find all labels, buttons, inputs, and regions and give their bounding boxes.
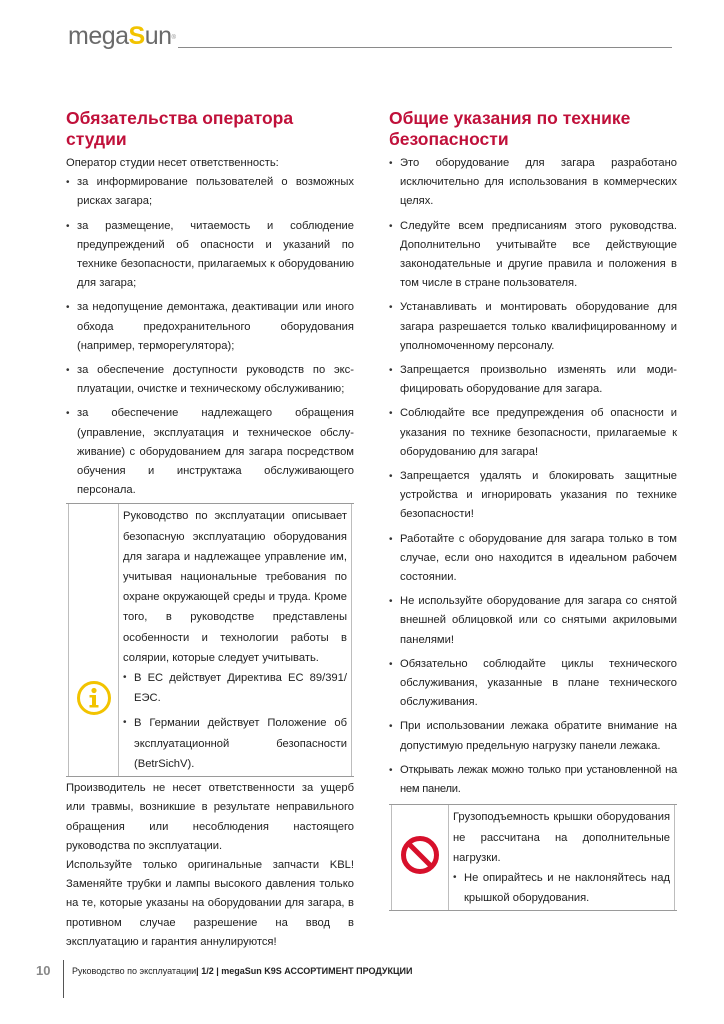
- list-item: Следуйте всем предписаниям этого руковод…: [389, 217, 677, 294]
- prohibition-icon: [400, 835, 440, 880]
- list-item: Открывать лежак можно только при установ…: [389, 761, 677, 799]
- list-item: Не опирайтесь и не наклоняйтесь над крыш…: [453, 868, 670, 908]
- info-notice-box: Руководство по эксплуатации описы­вает б…: [66, 503, 354, 777]
- prohibition-notice-paragraph: Грузоподъемность крышки оборудо­вания не…: [453, 807, 670, 868]
- list-item: При использовании лежака обратите вниман…: [389, 717, 677, 755]
- info-icon: [76, 680, 112, 721]
- footer-document-title: Руководство по эксплуатации| 1/2 | megaS…: [72, 966, 413, 976]
- section-title-operator: Обязательства оператора студии: [66, 108, 354, 150]
- list-item: за недопущение демонтажа, деактивации ил…: [66, 298, 354, 356]
- list-item: за обеспечение надлежащего обращения (уп…: [66, 404, 354, 500]
- footer-doc-suffix: | 1/2 | megaSun K9S АССОРТИМЕНТ ПРОДУКЦИ…: [196, 966, 412, 976]
- list-item: Запрещается произвольно изменять или мод…: [389, 361, 677, 399]
- list-item: Устанавливать и монтировать оборудование…: [389, 298, 677, 356]
- list-item: за обеспечение доступности руководств по…: [66, 361, 354, 399]
- footer-doc-name: Руководство по эксплуатации: [72, 966, 196, 976]
- page-number: 10: [36, 963, 50, 978]
- list-item: Соблюдайте все предупреждения об опаснос…: [389, 404, 677, 462]
- list-item: за информирование пользователей о возмож…: [66, 173, 354, 211]
- logo-prefix: mega: [68, 22, 129, 50]
- operator-obligations-list: за информирование пользователей о возмож…: [66, 173, 354, 500]
- megasun-logo: megaSun®: [68, 22, 175, 50]
- logo-suffix: un: [145, 22, 172, 50]
- list-item: Работайте с оборудование для загара толь…: [389, 530, 677, 588]
- info-notice-paragraph: Руководство по эксплуатации описы­вает б…: [123, 506, 347, 668]
- spare-parts-paragraph: Используйте только оригинальные запчасти…: [66, 856, 354, 952]
- prohibition-notice-list: Не опирайтесь и не наклоняйтесь над крыш…: [453, 868, 670, 908]
- registered-mark: ®: [172, 35, 176, 41]
- section-title-safety: Общие указания по технике безопасности: [389, 108, 677, 150]
- prohibition-notice-box: Грузоподъемность крышки оборудо­вания не…: [389, 804, 677, 911]
- safety-instructions-list: Это оборудование для загара разработано …: [389, 154, 677, 799]
- info-notice-list: В ЕС действует Директива ЕС 89/391/ ЕЭС.…: [123, 668, 347, 774]
- list-item: В ЕС действует Директива ЕС 89/391/ ЕЭС.: [123, 668, 347, 708]
- list-item: Запрещается удалять и блокировать защитн…: [389, 467, 677, 525]
- list-item: Это оборудование для загара разработано …: [389, 154, 677, 212]
- info-icon-cell: [68, 504, 119, 776]
- header-divider: [178, 47, 672, 48]
- footer-divider: [63, 960, 64, 998]
- operator-obligations-section: Обязательства оператора студии Оператор …: [66, 108, 354, 952]
- operator-intro: Оператор студии несет ответственность:: [66, 154, 354, 173]
- list-item: В Германии действует Положение об эксплу…: [123, 713, 347, 774]
- list-item: за размещение, читаемость и соблюдение п…: [66, 217, 354, 294]
- list-item: Обязательно соблюдайте циклы техническог…: [389, 655, 677, 713]
- liability-paragraph: Производитель не несет ответственности з…: [66, 779, 354, 856]
- info-notice-text: Руководство по эксплуатации описы­вает б…: [119, 504, 352, 776]
- logo-s: S: [129, 22, 145, 50]
- general-safety-section: Общие указания по технике безопасности Э…: [389, 108, 677, 913]
- prohibition-notice-text: Грузоподъемность крышки оборудо­вания не…: [449, 805, 675, 910]
- prohibition-icon-cell: [391, 805, 449, 910]
- list-item: Не используйте оборудование для загара с…: [389, 592, 677, 650]
